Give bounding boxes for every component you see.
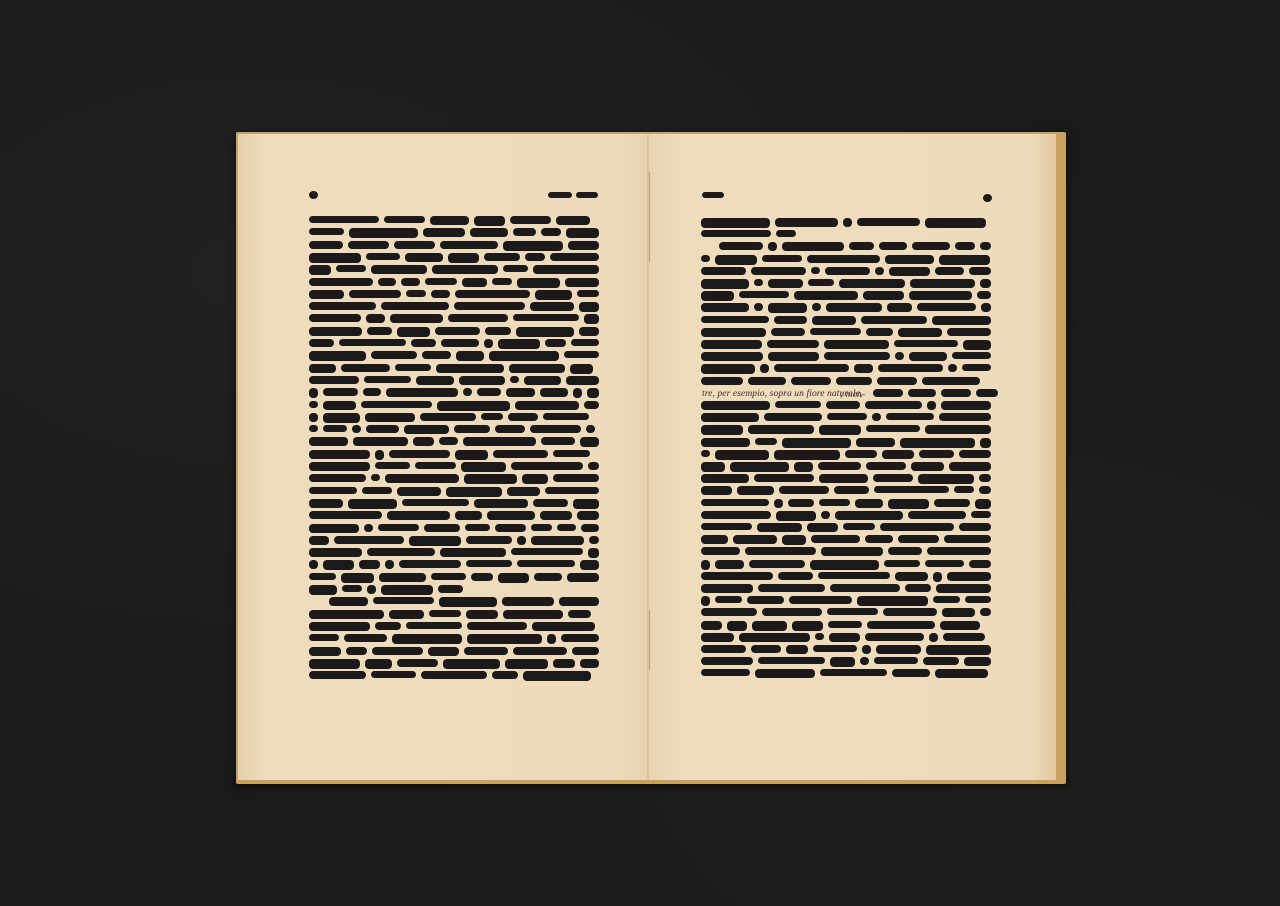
erasure-stroke: [579, 327, 599, 336]
erased-line: [309, 241, 599, 249]
erasure-stroke: [373, 597, 434, 604]
erasure-stroke: [508, 413, 538, 421]
erasure-stroke: [755, 669, 815, 678]
erasure-stroke: [856, 438, 895, 447]
erasure-stroke: [309, 585, 337, 595]
erasure-stroke: [865, 633, 924, 641]
erasure-stroke: [873, 389, 903, 397]
erasure-stroke: [824, 340, 889, 349]
erasure-stroke: [701, 572, 773, 580]
erasure-stroke: [339, 339, 406, 346]
left-folio-dot: [309, 191, 318, 199]
erasure-stroke: [727, 621, 747, 631]
left-header-bar: [548, 192, 572, 198]
erasure-stroke: [341, 364, 390, 372]
erasure-stroke: [866, 462, 906, 470]
erasure-stroke: [344, 634, 387, 642]
erasure-stroke: [477, 388, 501, 396]
erasure-stroke: [782, 438, 851, 448]
erased-line: [309, 253, 599, 261]
erasure-stroke: [379, 573, 426, 582]
erasure-stroke: [513, 647, 567, 655]
erasure-stroke: [701, 218, 770, 228]
erasure-stroke: [775, 218, 838, 227]
erasure-stroke: [887, 303, 912, 312]
erasure-stroke: [940, 621, 980, 630]
erasure-stroke: [969, 560, 991, 568]
erasure-stroke: [406, 622, 462, 629]
erasure-stroke: [792, 621, 823, 631]
erasure-stroke: [389, 450, 450, 458]
erasure-stroke: [309, 610, 384, 619]
erasure-stroke: [747, 596, 784, 604]
erasure-stroke: [701, 255, 710, 262]
erasure-stroke: [465, 524, 490, 531]
erasure-stroke: [517, 536, 526, 545]
erasure-stroke: [363, 388, 381, 396]
erasure-stroke: [701, 547, 740, 555]
erasure-stroke: [843, 218, 852, 227]
erasure-stroke: [530, 425, 581, 433]
erasure-stroke: [807, 255, 880, 263]
erasure-stroke: [845, 450, 877, 458]
erasure-stroke: [375, 622, 401, 630]
erasure-stroke: [525, 253, 545, 261]
erased-line: [701, 218, 986, 226]
erasure-stroke: [768, 279, 803, 288]
erasure-stroke: [446, 487, 502, 497]
erasure-stroke: [789, 596, 852, 604]
erasure-stroke: [309, 659, 360, 669]
erasure-stroke: [565, 278, 599, 287]
erased-line: [309, 339, 599, 347]
erasure-stroke: [509, 364, 565, 373]
erasure-stroke: [925, 425, 991, 434]
left-header-bar: [576, 192, 598, 198]
erasure-stroke: [422, 351, 451, 359]
erasure-stroke: [701, 535, 728, 544]
erased-line: [701, 572, 991, 580]
erased-line: [309, 647, 599, 655]
erasure-stroke: [309, 364, 336, 373]
erased-line: [701, 657, 991, 665]
erasure-stroke: [979, 474, 991, 482]
erasure-stroke: [701, 279, 749, 289]
erasure-stroke: [411, 339, 436, 347]
erasure-stroke: [873, 474, 913, 482]
visible-text-fragment-start: tre, per esempio, sopra un fiore natural…: [702, 389, 863, 399]
erasure-stroke: [431, 290, 450, 298]
erasure-stroke: [349, 228, 418, 238]
erasure-stroke: [810, 328, 861, 335]
erasure-stroke: [361, 401, 432, 408]
erasure-stroke: [309, 339, 334, 347]
erasure-stroke: [827, 413, 867, 420]
erased-line: [309, 265, 599, 273]
erasure-stroke: [342, 585, 362, 592]
erasure-stroke: [372, 647, 423, 655]
erasure-stroke: [466, 610, 498, 619]
erasure-stroke: [365, 659, 392, 669]
erasure-stroke: [936, 584, 991, 593]
erasure-stroke: [862, 645, 871, 654]
erased-line: [701, 328, 991, 336]
erasure-stroke: [751, 267, 806, 275]
erasure-stroke: [947, 572, 991, 581]
erasure-stroke: [877, 377, 917, 385]
erased-line: [309, 634, 599, 642]
erasure-stroke: [432, 265, 498, 274]
erasure-stroke: [394, 241, 435, 249]
erasure-stroke: [701, 486, 732, 495]
erasure-stroke: [466, 536, 512, 544]
erasure-stroke: [701, 413, 759, 422]
erasure-stroke: [880, 523, 954, 531]
staple-top: [649, 172, 650, 262]
erasure-stroke: [386, 388, 458, 397]
erasure-stroke: [533, 265, 599, 274]
erasure-stroke: [309, 265, 331, 275]
erased-line: [309, 671, 591, 679]
erased-line: [309, 487, 599, 495]
erasure-stroke: [962, 364, 991, 371]
erasure-stroke: [309, 634, 339, 641]
erasure-stroke: [719, 242, 763, 250]
erasure-stroke: [775, 401, 821, 408]
erasure-stroke: [495, 524, 526, 532]
erasure-stroke: [886, 413, 934, 420]
erasure-stroke: [429, 610, 461, 617]
erasure-stroke: [824, 352, 890, 360]
erasure-stroke: [409, 536, 461, 546]
erased-line: [701, 291, 991, 299]
erasure-stroke: [748, 377, 786, 385]
erasure-stroke: [420, 413, 476, 421]
erasure-stroke: [375, 450, 384, 460]
erasure-stroke: [912, 242, 950, 250]
erased-line: [309, 573, 599, 581]
erasure-stroke: [745, 547, 816, 555]
erasure-stroke: [362, 487, 392, 494]
erasure-stroke: [776, 230, 796, 237]
erased-line: [309, 622, 595, 630]
erasure-stroke: [397, 659, 438, 667]
erasure-stroke: [905, 584, 931, 592]
erasure-stroke: [309, 474, 366, 482]
erased-line: [309, 548, 599, 556]
erasure-stroke: [760, 364, 769, 373]
erasure-stroke: [768, 352, 819, 361]
erasure-stroke: [825, 267, 870, 275]
erasure-stroke: [371, 671, 416, 678]
erased-line: [701, 352, 991, 360]
erasure-stroke: [701, 450, 710, 457]
erasure-stroke: [980, 608, 991, 616]
erasure-stroke: [701, 462, 725, 472]
erasure-stroke: [821, 511, 830, 519]
erasure-stroke: [895, 572, 928, 581]
erased-line: [309, 388, 599, 396]
erasure-stroke: [737, 486, 774, 495]
erasure-stroke: [701, 608, 757, 616]
erasure-stroke: [758, 657, 825, 664]
erasure-stroke: [830, 584, 900, 592]
erased-line: [873, 389, 998, 397]
erasure-stroke: [513, 314, 579, 321]
erasure-stroke: [779, 486, 829, 494]
erasure-stroke: [541, 228, 561, 236]
erasure-stroke: [577, 290, 599, 297]
erasure-stroke: [786, 645, 808, 654]
erasure-stroke: [439, 437, 458, 445]
erasure-stroke: [366, 425, 399, 433]
erasure-stroke: [818, 462, 861, 470]
erased-line: [309, 216, 590, 224]
erasure-stroke: [888, 547, 922, 555]
erasure-stroke: [943, 633, 985, 641]
erased-line: [309, 474, 599, 482]
erasure-stroke: [392, 634, 462, 644]
erasure-stroke: [309, 314, 361, 322]
erasure-stroke: [309, 290, 344, 299]
erasure-stroke: [424, 524, 460, 532]
erased-line: [701, 303, 991, 311]
erased-line: [309, 499, 599, 507]
erasure-stroke: [910, 279, 975, 288]
erasure-stroke: [456, 351, 484, 361]
erasure-stroke: [771, 328, 805, 336]
erased-line: [309, 610, 591, 618]
erasure-stroke: [963, 340, 991, 350]
erasure-stroke: [892, 669, 930, 677]
erasure-stroke: [367, 585, 376, 594]
erasure-stroke: [366, 314, 385, 323]
erased-line: [309, 364, 593, 372]
erasure-stroke: [309, 228, 344, 235]
erasure-stroke: [309, 671, 366, 679]
erasure-stroke: [378, 524, 419, 531]
erasure-stroke: [739, 291, 789, 298]
erasure-stroke: [879, 242, 907, 250]
erasure-stroke: [371, 351, 417, 359]
erasure-stroke: [934, 499, 970, 507]
erasure-stroke: [715, 450, 769, 460]
erasure-stroke: [944, 535, 991, 543]
erasure-stroke: [808, 279, 834, 286]
erasure-stroke: [484, 339, 493, 348]
erasure-stroke: [389, 610, 424, 619]
erasure-stroke: [513, 228, 536, 236]
erasure-stroke: [834, 486, 869, 494]
erasure-stroke: [309, 560, 318, 569]
erasure-stroke: [309, 437, 348, 446]
erasure-stroke: [872, 413, 881, 421]
erasure-stroke: [889, 267, 930, 276]
erasure-stroke: [402, 499, 469, 506]
erasure-stroke: [523, 671, 591, 681]
erasure-stroke: [588, 548, 599, 558]
erasure-stroke: [588, 462, 599, 470]
erasure-stroke: [405, 253, 443, 262]
erasure-stroke: [819, 474, 868, 483]
erasure-stroke: [428, 647, 459, 656]
erasure-stroke: [561, 634, 599, 642]
erasure-stroke: [487, 511, 535, 520]
erasure-stroke: [969, 267, 991, 275]
erasure-stroke: [701, 657, 753, 665]
erasure-stroke: [918, 474, 974, 484]
erasure-stroke: [503, 241, 563, 251]
erasure-stroke: [492, 671, 518, 679]
erasure-stroke: [498, 339, 540, 349]
erasure-stroke: [416, 376, 454, 385]
erasure-stroke: [481, 413, 503, 420]
erasure-stroke: [580, 560, 599, 570]
erasure-stroke: [448, 253, 479, 263]
erasure-stroke: [323, 425, 347, 432]
erasure-stroke: [510, 216, 551, 224]
erasure-stroke: [701, 669, 750, 676]
erasure-stroke: [516, 327, 574, 337]
erasure-stroke: [866, 328, 893, 336]
erasure-stroke: [471, 573, 493, 581]
erasure-stroke: [975, 499, 991, 509]
erasure-stroke: [794, 462, 813, 472]
erasure-stroke: [425, 278, 457, 285]
erasure-stroke: [503, 265, 528, 272]
erasure-stroke: [440, 548, 506, 557]
erasure-stroke: [323, 560, 354, 570]
erasure-stroke: [911, 462, 944, 471]
erasure-stroke: [701, 401, 770, 410]
erasure-stroke: [857, 596, 928, 606]
erased-line: [309, 450, 590, 458]
erased-line: [701, 267, 991, 275]
erasure-stroke: [701, 230, 771, 237]
erasure-stroke: [855, 499, 883, 508]
erasure-stroke: [701, 584, 753, 593]
erasure-stroke: [811, 535, 860, 543]
erasure-stroke: [758, 584, 825, 592]
erasure-stroke: [589, 536, 599, 544]
erasure-stroke: [820, 669, 887, 676]
erasure-stroke: [854, 364, 873, 373]
erasure-stroke: [922, 377, 980, 385]
erasure-stroke: [547, 634, 556, 644]
erasure-stroke: [701, 499, 769, 506]
erased-line: [701, 474, 991, 482]
erasure-stroke: [506, 388, 535, 397]
erasure-stroke: [423, 228, 465, 237]
erasure-stroke: [952, 352, 991, 359]
erasure-stroke: [894, 340, 958, 347]
erased-line: [701, 608, 991, 616]
erased-line: [309, 585, 463, 593]
erasure-stroke: [397, 487, 441, 496]
erasure-stroke: [898, 535, 939, 543]
erasure-stroke: [455, 511, 482, 520]
erased-line: [309, 437, 599, 445]
erasure-stroke: [336, 265, 366, 272]
erased-line: [309, 413, 589, 421]
erasure-stroke: [353, 437, 408, 446]
erasure-stroke: [821, 547, 883, 556]
erasure-stroke: [464, 647, 508, 655]
erased-line: [701, 486, 991, 494]
erasure-stroke: [867, 621, 935, 629]
erasure-stroke: [341, 573, 374, 583]
erasure-stroke: [503, 610, 563, 619]
erasure-stroke: [818, 572, 890, 579]
erasure-stroke: [701, 377, 743, 385]
erased-line: [701, 364, 991, 372]
erasure-stroke: [811, 267, 820, 274]
erasure-stroke: [778, 572, 813, 580]
erasure-stroke: [580, 437, 599, 447]
erasure-stroke: [739, 633, 810, 642]
erasure-stroke: [559, 597, 599, 606]
erasure-stroke: [359, 560, 380, 569]
right-folio-dot: [983, 194, 992, 202]
erased-line: [309, 536, 599, 544]
erased-line: [701, 560, 991, 568]
erasure-stroke: [980, 438, 991, 448]
erasure-stroke: [568, 241, 599, 250]
erased-line: [309, 351, 599, 359]
erasure-stroke: [751, 645, 781, 653]
erasure-stroke: [517, 278, 560, 288]
erasure-stroke: [749, 560, 805, 568]
erasure-stroke: [540, 388, 568, 397]
erasure-stroke: [981, 303, 991, 312]
erasure-stroke: [857, 218, 920, 226]
erasure-stroke: [932, 316, 991, 325]
erasure-stroke: [701, 523, 752, 530]
erasure-stroke: [474, 499, 528, 508]
erasure-stroke: [774, 450, 840, 460]
erasure-stroke: [964, 657, 991, 666]
erasure-stroke: [454, 302, 525, 310]
erasure-stroke: [827, 608, 878, 615]
erasure-stroke: [954, 486, 974, 493]
erasure-stroke: [701, 425, 743, 435]
erasure-stroke: [861, 316, 927, 324]
erasure-stroke: [553, 659, 575, 668]
erasure-stroke: [701, 291, 734, 301]
erased-line: [309, 327, 599, 335]
erasure-stroke: [348, 499, 397, 509]
erasure-stroke: [949, 462, 991, 471]
erasure-stroke: [531, 524, 552, 531]
erased-line: [719, 242, 991, 250]
erasure-stroke: [830, 657, 855, 667]
erasure-stroke: [794, 291, 858, 300]
erasure-stroke: [309, 548, 362, 557]
erasure-stroke: [701, 267, 746, 275]
erasure-stroke: [462, 278, 487, 287]
erasure-stroke: [367, 327, 392, 335]
erasure-stroke: [580, 659, 599, 668]
erasure-stroke: [511, 548, 583, 555]
erasure-stroke: [883, 608, 937, 616]
erasure-stroke: [774, 499, 783, 508]
erasure-stroke: [748, 425, 814, 434]
erasure-stroke: [971, 511, 991, 518]
erasure-stroke: [935, 669, 988, 678]
erasure-stroke: [309, 647, 341, 656]
erasure-stroke: [812, 303, 821, 311]
erasure-stroke: [517, 560, 575, 567]
